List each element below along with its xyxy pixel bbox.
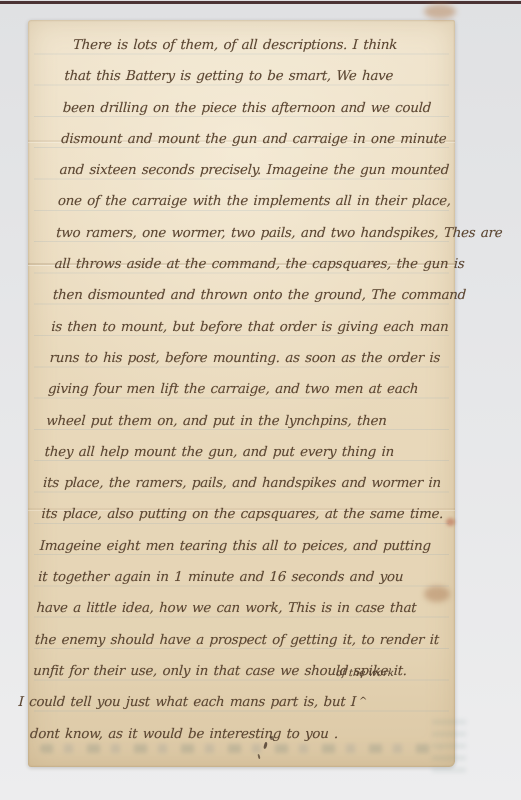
letter-line: they all help mount the gun, and put eve…: [44, 437, 447, 468]
letter-line: two ramers, one wormer, two pails, and t…: [55, 218, 458, 249]
letter-page: There is lots of them, of all descriptio…: [28, 20, 455, 767]
ink-bleedthrough: [40, 744, 441, 753]
letter-line: There is lots of them, of all descriptio…: [72, 30, 468, 61]
letter-line: and sixteen seconds precisely. Imageine …: [59, 155, 462, 186]
letter-line: the enemy should have a prospect of gett…: [34, 625, 437, 656]
letter-line: its place, the ramers, pails, and handsp…: [42, 468, 445, 499]
letter-line: its place, also putting on the capsquare…: [41, 499, 444, 530]
ink-speck: [270, 736, 274, 740]
letter-body: There is lots of them, of all descriptio…: [29, 30, 468, 750]
letter-line: then dismounted and thrown onto the grou…: [52, 280, 455, 311]
scan-edge-line: [0, 1, 521, 4]
stain: [424, 4, 456, 19]
letter-line: I could tell you just what each mans par…: [18, 687, 434, 718]
insertion-caret: ^: [359, 696, 367, 707]
letter-line: have a little idea, how we can work, Thi…: [36, 593, 439, 624]
letter-line: it together again in 1 minute and 16 sec…: [37, 562, 440, 593]
ink-bleedthrough: [432, 720, 466, 778]
letter-line: one of the carraige with the implements …: [57, 186, 460, 217]
letter-line: runs to his post, before mounting. as so…: [49, 343, 452, 374]
letter-line: is then to mount, but before that order …: [50, 312, 453, 343]
letter-line: been drilling on the piece this afternoo…: [62, 93, 465, 124]
inserted-correction: of the work: [336, 668, 395, 679]
stain: [446, 518, 455, 526]
letter-line: giving four men lift the carraige, and t…: [47, 374, 450, 405]
letter-line: Imageine eight men tearing this all to p…: [39, 531, 442, 562]
letter-line: dismount and mount the gun and carraige …: [60, 124, 463, 155]
ink-speck: [258, 754, 261, 759]
letter-line: all throws aside at the command, the cap…: [54, 249, 457, 280]
letter-line: wheel put them on, and put in the lynchp…: [46, 406, 449, 437]
letter-line: that this Battery is getting to be smart…: [64, 61, 467, 92]
scan-background: There is lots of them, of all descriptio…: [0, 0, 521, 800]
